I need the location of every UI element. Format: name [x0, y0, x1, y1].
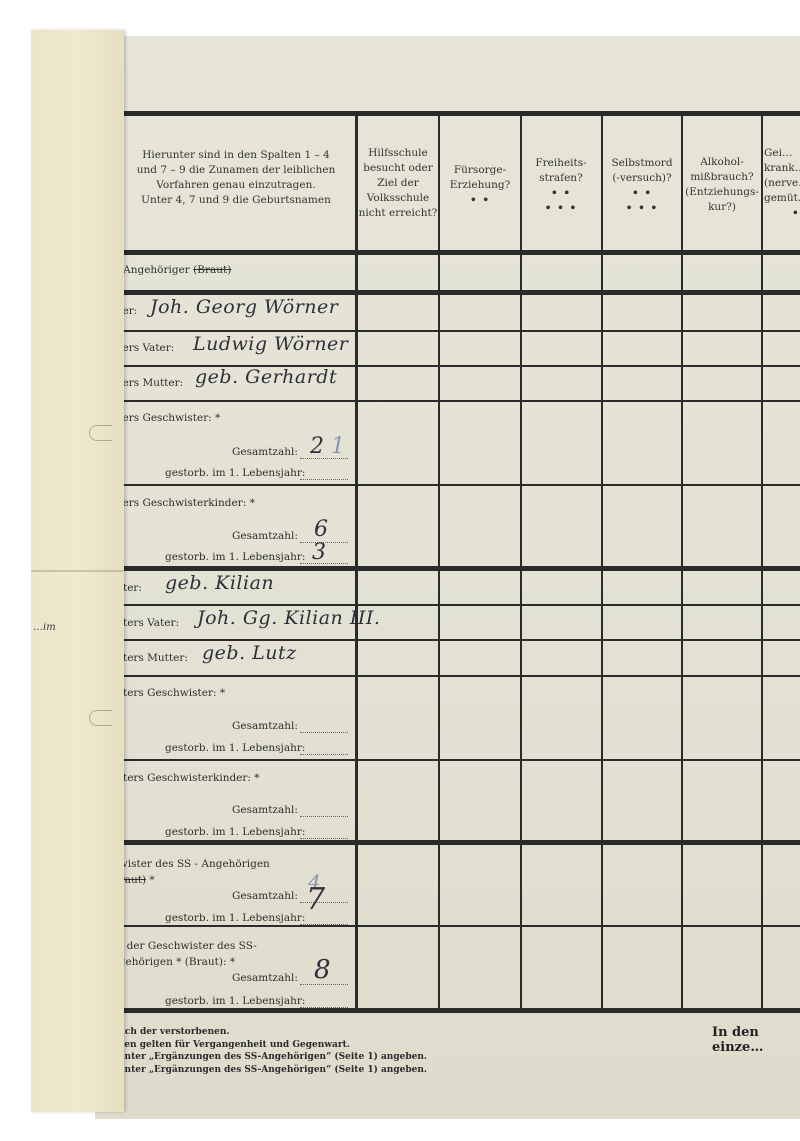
- field-mother-name[interactable]: geb. Kilian: [165, 572, 274, 594]
- rule-col: [761, 113, 763, 1011]
- rule-ss-member-bottom: [108, 290, 800, 295]
- instruction-line: Vorfahren genau einzutragen.: [120, 178, 352, 193]
- label-total: Gesamtzahl:: [232, 720, 298, 732]
- field-fathers-siblings-total[interactable]: 2: [310, 434, 324, 459]
- label-total: Gesamtzahl:: [232, 972, 298, 984]
- label-total: Gesamtzahl:: [232, 804, 298, 816]
- column-header-line: Fürsorge-: [440, 163, 520, 178]
- column-header-line: (nerve…: [764, 176, 800, 191]
- field-ss-siblings-children-total[interactable]: 8: [314, 955, 331, 985]
- label-total: Gesamtzahl:: [232, 890, 298, 902]
- column-header-line: strafen?: [521, 171, 601, 186]
- column-header-line: besucht oder: [358, 161, 438, 176]
- label-text: *: [146, 874, 155, 886]
- row-label-ss-siblings: hwister des SS - Angehörigen: [112, 858, 270, 870]
- column-header-selbstmord: Selbstmord (-versuch)? • • • • •: [602, 156, 682, 216]
- label-total: Gesamtzahl:: [232, 530, 298, 542]
- rule-mother-side-bottom: [108, 840, 800, 845]
- column-header-line: Volksschule: [358, 191, 438, 206]
- footnote-marker: • • •: [602, 201, 682, 216]
- column-header-line: Gei…: [764, 146, 800, 161]
- rule: [108, 330, 800, 332]
- label-died-first-year: gestorb. im 1. Lebensjahr:: [165, 467, 305, 479]
- field-fathers-mother-name[interactable]: geb. Gerhardt: [195, 366, 337, 388]
- column-header-line: kur?): [682, 200, 762, 215]
- rule: [108, 759, 800, 761]
- row-label-fathers-nephews: aters Geschwisterkinder: *: [112, 497, 255, 509]
- footnote-marker: • •: [440, 193, 520, 208]
- column-header-freiheitsstrafen: Freiheits- strafen? • • • • •: [521, 156, 601, 216]
- column-header-line: gemüt…: [764, 191, 800, 206]
- tear-notch: [89, 710, 112, 726]
- column-header-line: (Entziehungs-: [682, 185, 762, 200]
- field-fathers-siblings-died[interactable]: [300, 478, 348, 480]
- field-fathers-nephews-died[interactable]: 3: [312, 540, 326, 565]
- header-instructions: Hierunter sind in den Spalten 1 – 4 und …: [120, 148, 352, 208]
- row-label-ss-siblings-children: er der Geschwister des SS-: [112, 940, 257, 952]
- label-died-first-year: gestorb. im 1. Lebensjahr:: [165, 995, 305, 1007]
- field-father-name[interactable]: Joh. Georg Wörner: [150, 296, 338, 318]
- footnote-marker: •: [764, 206, 800, 221]
- instruction-line: Unter 4, 7 und 9 die Geburtsnamen: [120, 193, 352, 208]
- footnote: gen gelten für Vergangenheit und Gegenwa…: [118, 1039, 427, 1052]
- rule: [108, 604, 800, 606]
- footnote-marker: • •: [602, 186, 682, 201]
- rule-label-column: [355, 113, 358, 1011]
- column-header-line: Alkohol-: [682, 155, 762, 170]
- column-header-fuersorge: Fürsorge- Erziehung? • •: [440, 163, 520, 208]
- column-header-line: krank…: [764, 161, 800, 176]
- row-label-mothers-nephews: utters Geschwisterkinder: *: [112, 772, 260, 784]
- label-died-first-year: gestorb. im 1. Lebensjahr:: [165, 912, 305, 924]
- field-fathers-father-name[interactable]: Ludwig Wörner: [193, 333, 348, 355]
- rule-table-bottom: [108, 1008, 800, 1013]
- bleed-text: …im: [33, 622, 56, 633]
- rule: [108, 675, 800, 677]
- rule-top: [108, 111, 800, 116]
- column-header-line: mißbrauch?: [682, 170, 762, 185]
- field-ss-siblings-died[interactable]: [300, 923, 348, 925]
- row-label-fathers-siblings: aters Geschwister: *: [112, 412, 220, 424]
- instruction-line: Hierunter sind in den Spalten 1 – 4: [120, 148, 352, 163]
- column-header-line: nicht erreicht?: [358, 206, 438, 221]
- column-header-alkohol: Alkohol- mißbrauch? (Entziehungs- kur?): [682, 155, 762, 215]
- rule-father-side-bottom: [108, 566, 800, 571]
- footnote-marker: • • •: [521, 201, 601, 216]
- rule-col: [601, 113, 603, 1011]
- field-mothers-siblings-died[interactable]: [300, 753, 348, 755]
- tear-notch: [89, 425, 112, 441]
- crease: [31, 570, 124, 572]
- rule: [108, 484, 800, 486]
- label-total: Gesamtzahl:: [232, 446, 298, 458]
- footnote: unter „Ergänzungen des SS-Angehörigen“ (…: [118, 1064, 427, 1077]
- column-header-line: Ziel der: [358, 176, 438, 191]
- rule-header-bottom: [108, 250, 800, 255]
- row-label-mothers-siblings: utters Geschwister: *: [112, 687, 225, 699]
- rule: [108, 925, 800, 927]
- column-header-line: Freiheits-: [521, 156, 601, 171]
- field-mothers-father-name[interactable]: Joh. Gg. Kilian III.: [197, 607, 380, 629]
- field-mothers-mother-name[interactable]: geb. Lutz: [202, 642, 297, 664]
- field-fathers-siblings-total-pencil: 1: [331, 434, 345, 459]
- column-header-geisteskrankheit: Gei… krank… (nerve… gemüt… •: [764, 146, 800, 221]
- row-label-ss-siblings-children-line2: ngehörigen * (Braut): *: [112, 956, 235, 968]
- column-header-hilfsschule: Hilfsschule besucht oder Ziel der Volkss…: [358, 146, 438, 221]
- field-mothers-siblings-total[interactable]: [300, 731, 348, 733]
- field-ss-siblings-total[interactable]: 7: [306, 882, 325, 917]
- label-died-first-year: gestorb. im 1. Lebensjahr:: [165, 742, 305, 754]
- instruction-line: und 7 – 9 die Zunamen der leiblichen: [120, 163, 352, 178]
- column-header-line: (-versuch)?: [602, 171, 682, 186]
- field-mothers-nephews-died[interactable]: [300, 837, 348, 839]
- column-header-line: Selbstmord: [602, 156, 682, 171]
- label-died-first-year: gestorb. im 1. Lebensjahr:: [165, 551, 305, 563]
- field-ss-siblings-children-died[interactable]: [300, 1006, 348, 1008]
- footnote: lich der verstorbenen.: [118, 1026, 427, 1039]
- rule: [108, 400, 800, 402]
- field-fathers-nephews-total[interactable]: 6: [314, 517, 328, 542]
- footer-right-text: In den einze…: [712, 1025, 800, 1055]
- struck-text: (Braut): [193, 264, 231, 276]
- rule: [108, 639, 800, 641]
- footnote: unter „Ergänzungen des SS-Angehörigen“ (…: [118, 1051, 427, 1064]
- row-label-ss-member: S-Angehöriger (Braut): [112, 264, 231, 276]
- footnotes: lich der verstorbenen. gen gelten für Ve…: [118, 1026, 427, 1076]
- label-died-first-year: gestorb. im 1. Lebensjahr:: [165, 826, 305, 838]
- column-header-line: Erziehung?: [440, 178, 520, 193]
- rule-col: [520, 113, 522, 1011]
- rule-col: [438, 113, 440, 1011]
- footnote-marker: • •: [521, 186, 601, 201]
- field-mothers-nephews-total[interactable]: [300, 815, 348, 817]
- column-header-line: Hilfsschule: [358, 146, 438, 161]
- folded-flap: …im: [31, 30, 124, 1112]
- rule-col: [681, 113, 683, 1011]
